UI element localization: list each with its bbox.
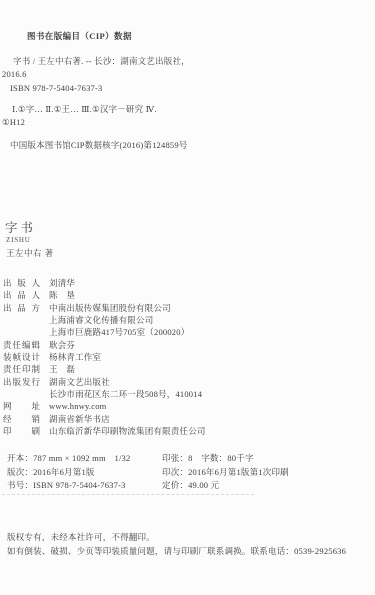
imprint-value: 杨林青工作室 [40,351,101,363]
copyright-page: 图书在版编目（CIP）数据 字书 / 王左中右著. -- 长沙：湖南文艺出版社，… [0,0,375,595]
spec-line: 定价：49.00 元 [162,479,289,493]
imprint-label: 责任印制 [3,363,40,375]
copyright-notice-line2: 如有倒装、破损、少页等印装质量问题，请与印刷厂联系调换。联系电话：0539-29… [7,545,346,557]
imprint-row: 出版发行湖南文艺出版社 [3,376,206,388]
copyright-notice-line1: 版权专有，未经本社许可，不得翻印。 [7,531,155,543]
imprint-value: 上海浦睿文化传播有限公司 [40,314,153,326]
cip-registry-line: 中国版本图书馆CIP数据核字(2016)第124859号 [10,140,188,151]
spec-line: 书号：ISBN 978-7-5404-7637-3 [7,479,130,493]
imprint-value: 湖南文艺出版社 [40,376,110,388]
print-specs-right-column: 印张：8 字数：80千字印次：2016年6月第1版第1次印刷定价：49.00 元 [162,452,289,493]
imprint-value: 上海市巨鹿路417号705室（200020） [40,326,189,338]
imprint-value: 陈 垦 [40,289,75,301]
imprint-label: 出品人 [3,289,40,301]
spec-line: 印张：8 字数：80千字 [162,452,289,466]
divider-line [2,494,254,495]
imprint-row: 装帧设计杨林青工作室 [3,351,206,363]
imprint-row: 网址www.hnwy.com [3,400,206,412]
imprint-value: 耿会芬 [40,339,75,351]
cip-header: 图书在版编目（CIP）数据 [27,30,132,42]
print-specs-left-column: 开本：787 mm × 1092 mm 1/32版次：2016年6月第1版书号：… [7,452,130,493]
imprint-row: 经销湖南省新华书店 [3,413,206,425]
spec-line: 印次：2016年6月第1版第1次印刷 [162,466,289,480]
imprint-list: 出版人刘清华出品人陈 垦出品方中南出版传媒集团股份有限公司上海浦睿文化传播有限公… [3,277,206,437]
imprint-label: 经销 [3,413,40,425]
imprint-row: 出版人刘清华 [3,277,206,289]
imprint-value: 中南出版传媒集团股份有限公司 [40,302,171,314]
cip-entry-line2: 2016.6 [2,69,27,80]
cip-classification-line1: Ⅰ.①字… Ⅱ.①王… Ⅲ.①汉字－研究 Ⅳ. [12,104,157,115]
imprint-label: 责任编辑 [3,339,40,351]
imprint-value: 湖南省新华书店 [40,413,110,425]
imprint-row: 责任编辑耿会芬 [3,339,206,351]
cip-classification-line2: ①H12 [2,117,25,128]
imprint-row: 出品方中南出版传媒集团股份有限公司 [3,302,206,314]
imprint-row: 上海浦睿文化传播有限公司 [3,314,206,326]
imprint-row: 责任印制王 磊 [3,363,206,375]
imprint-label: 装帧设计 [3,351,40,363]
imprint-row: 长沙市雨花区东二环一段508号，410014 [3,388,206,400]
imprint-row: 印刷山东临沂新华印刷物流集团有限责任公司 [3,425,206,437]
imprint-value: 长沙市雨花区东二环一段508号，410014 [40,388,202,400]
imprint-value: 刘清华 [40,277,75,289]
imprint-label: 出版发行 [3,376,40,388]
imprint-label: 出版人 [3,277,40,289]
imprint-label: 印刷 [3,425,40,437]
book-title: 字书 [5,218,36,236]
imprint-value: www.hnwy.com [40,401,106,411]
imprint-row: 上海市巨鹿路417号705室（200020） [3,326,206,338]
imprint-label: 出品方 [3,302,40,314]
imprint-row: 出品人陈 垦 [3,289,206,301]
spec-line: 开本：787 mm × 1092 mm 1/32 [7,452,130,466]
imprint-value: 王 磊 [40,363,75,375]
book-author: 王左中右 著 [6,247,54,259]
cip-entry-line1: 字书 / 王左中右著. -- 长沙：湖南文艺出版社， [13,56,190,67]
cip-isbn-line: ISBN 978-7-5404-7637-3 [10,83,102,94]
spec-line: 版次：2016年6月第1版 [7,466,130,480]
imprint-value: 山东临沂新华印刷物流集团有限责任公司 [40,425,206,437]
imprint-label: 网址 [3,400,40,412]
book-title-pinyin: ZISHU [6,236,31,244]
